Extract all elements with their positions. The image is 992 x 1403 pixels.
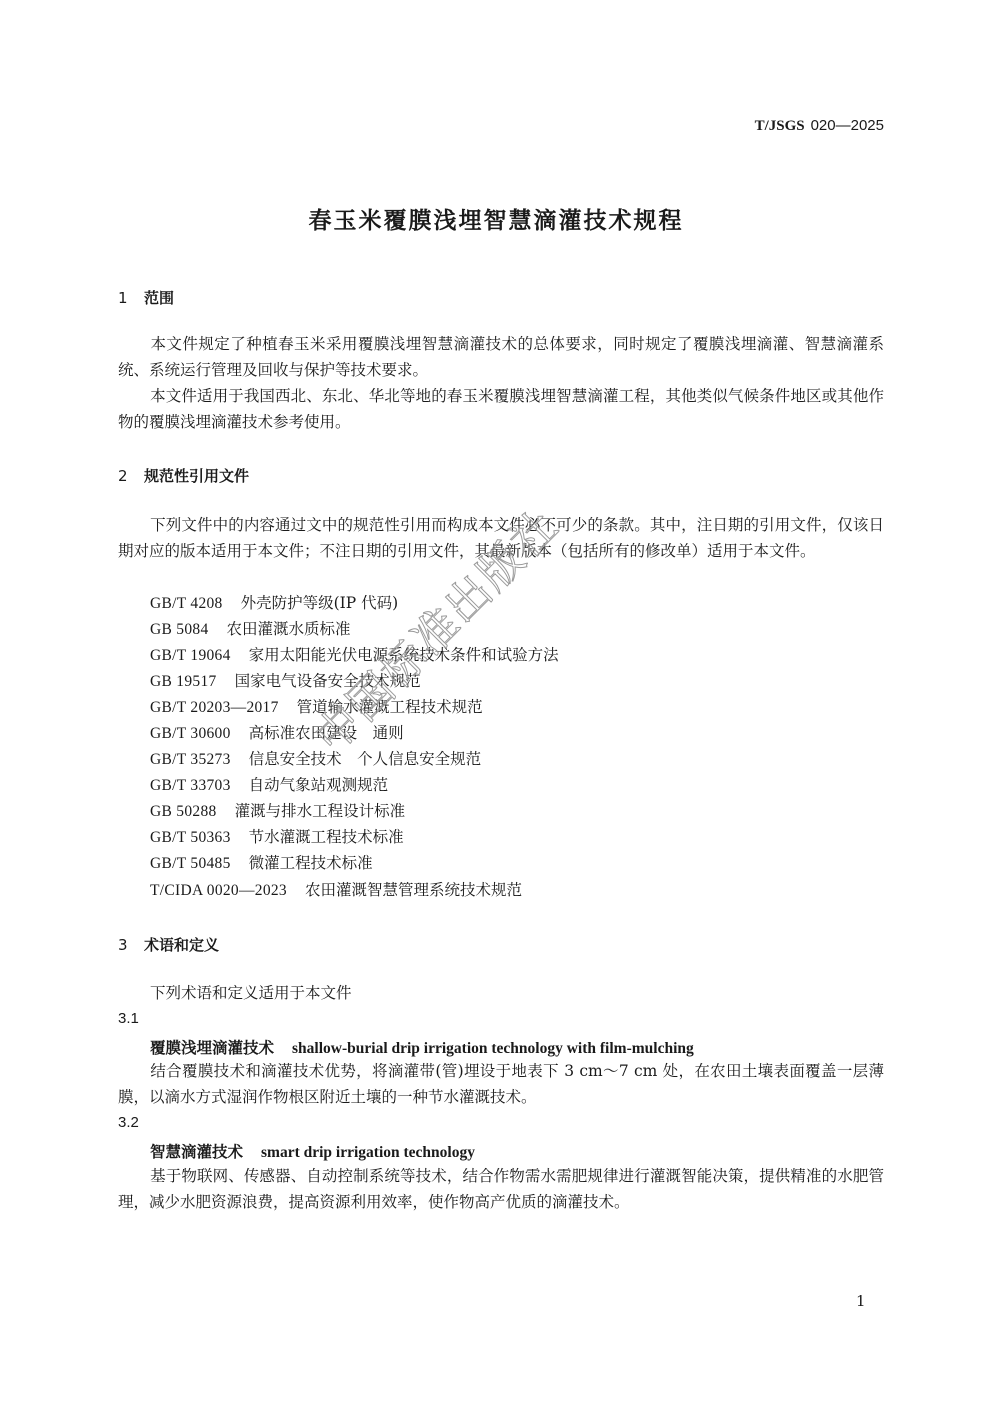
reference-name: 信息安全技术 个人信息安全规范 bbox=[249, 750, 482, 768]
paragraph: 下列术语和定义适用于本文件 bbox=[118, 980, 884, 1006]
term-zh: 智慧滴灌技术 bbox=[150, 1142, 243, 1161]
reference-code: GB/T 20203—2017 bbox=[150, 699, 279, 716]
page-number: 1 bbox=[856, 1292, 866, 1310]
reference-name: 节水灌溉工程技术标准 bbox=[249, 828, 404, 846]
paragraph-text: 结合覆膜技术和滴灌技术优势，将滴灌带(管)埋设于地表下 3 cm～7 cm 处，… bbox=[118, 1062, 884, 1106]
paragraph-text: 下列术语和定义适用于本文件 bbox=[150, 984, 352, 1002]
reference-code: GB/T 50363 bbox=[150, 829, 231, 846]
section-heading-normative-references: 2规范性引用文件 bbox=[118, 465, 249, 486]
reference-code: GB 5084 bbox=[150, 621, 209, 638]
reference-name: 微灌工程技术标准 bbox=[249, 854, 373, 872]
paragraph-text: 本文件适用于我国西北、东北、华北等地的春玉米覆膜浅埋智慧滴灌工程，其他类似气候条… bbox=[118, 387, 884, 431]
reference-name: 高标准农田建设 通则 bbox=[249, 724, 404, 742]
reference-code: GB/T 4208 bbox=[150, 595, 223, 612]
standard-code-number: 020—2025 bbox=[811, 117, 884, 134]
reference-item: GB/T 4208外壳防护等级(IP 代码) bbox=[150, 590, 398, 617]
section-heading-scope: 1范围 bbox=[118, 287, 174, 308]
reference-code: GB/T 19064 bbox=[150, 647, 231, 664]
section-number: 2 bbox=[118, 467, 144, 485]
reference-code: GB/T 50485 bbox=[150, 855, 231, 872]
paragraph: 本文件规定了种植春玉米采用覆膜浅埋智慧滴灌技术的总体要求，同时规定了覆膜浅埋滴灌… bbox=[118, 331, 884, 383]
reference-item: GB/T 33703自动气象站观测规范 bbox=[150, 772, 388, 799]
reference-item: GB/T 50363节水灌溉工程技术标准 bbox=[150, 824, 404, 851]
reference-code: GB/T 33703 bbox=[150, 777, 231, 794]
section-title: 范围 bbox=[144, 289, 174, 307]
paragraph: 本文件适用于我国西北、东北、华北等地的春玉米覆膜浅埋智慧滴灌工程，其他类似气候条… bbox=[118, 383, 884, 435]
reference-name: 自动气象站观测规范 bbox=[249, 776, 389, 794]
term-number: 3.2 bbox=[118, 1114, 139, 1131]
term-number: 3.1 bbox=[118, 1010, 139, 1027]
reference-name: 管道输水灌溉工程技术规范 bbox=[297, 698, 483, 716]
section-number: 3 bbox=[118, 936, 144, 954]
term-zh: 覆膜浅埋滴灌技术 bbox=[150, 1038, 274, 1057]
document-page: T/JSGS020—2025 春玉米覆膜浅埋智慧滴灌技术规程 1范围 本文件规定… bbox=[0, 0, 992, 1403]
section-number: 1 bbox=[118, 289, 144, 307]
reference-code: GB/T 30600 bbox=[150, 725, 231, 742]
reference-item: GB/T 35273信息安全技术 个人信息安全规范 bbox=[150, 746, 481, 773]
paragraph: 下列文件中的内容通过文中的规范性引用而构成本文件必不可少的条款。其中，注日期的引… bbox=[118, 512, 884, 564]
term-title: 覆膜浅埋滴灌技术shallow-burial drip irrigation t… bbox=[150, 1036, 694, 1058]
reference-name: 外壳防护等级(IP 代码) bbox=[241, 594, 399, 612]
reference-code: GB/T 35273 bbox=[150, 751, 231, 768]
reference-item: GB/T 20203—2017管道输水灌溉工程技术规范 bbox=[150, 694, 483, 721]
reference-name: 国家电气设备安全技术规范 bbox=[235, 672, 421, 690]
reference-code: GB 19517 bbox=[150, 673, 217, 690]
section-heading-terms-and-definitions: 3术语和定义 bbox=[118, 934, 219, 955]
reference-item: GB 50288灌溉与排水工程设计标准 bbox=[150, 798, 405, 825]
paragraph-text: 本文件规定了种植春玉米采用覆膜浅埋智慧滴灌技术的总体要求，同时规定了覆膜浅埋滴灌… bbox=[118, 335, 884, 379]
document-title: 春玉米覆膜浅埋智慧滴灌技术规程 bbox=[0, 202, 992, 235]
standard-code: T/JSGS020—2025 bbox=[755, 117, 884, 135]
reference-item: GB/T 30600高标准农田建设 通则 bbox=[150, 720, 404, 747]
section-title: 术语和定义 bbox=[144, 936, 219, 954]
term-en: shallow-burial drip irrigation technolog… bbox=[292, 1040, 694, 1057]
reference-item: T/CIDA 0020—2023农田灌溉智慧管理系统技术规范 bbox=[150, 877, 522, 904]
reference-name: 农田灌溉水质标准 bbox=[227, 620, 351, 638]
section-title: 规范性引用文件 bbox=[144, 467, 249, 485]
reference-name: 灌溉与排水工程设计标准 bbox=[235, 802, 406, 820]
reference-code: T/CIDA 0020—2023 bbox=[150, 882, 287, 899]
paragraph-text: 基于物联网、传感器、自动控制系统等技术，结合作物需水需肥规律进行灌溉智能决策，提… bbox=[118, 1167, 884, 1211]
term-definition: 基于物联网、传感器、自动控制系统等技术，结合作物需水需肥规律进行灌溉智能决策，提… bbox=[118, 1163, 884, 1215]
reference-item: GB/T 19064家用太阳能光伏电源系统技术条件和试验方法 bbox=[150, 642, 559, 669]
reference-name: 家用太阳能光伏电源系统技术条件和试验方法 bbox=[249, 646, 559, 664]
reference-code: GB 50288 bbox=[150, 803, 217, 820]
reference-name: 农田灌溉智慧管理系统技术规范 bbox=[305, 881, 522, 899]
term-title: 智慧滴灌技术smart drip irrigation technology bbox=[150, 1140, 475, 1162]
reference-item: GB 19517国家电气设备安全技术规范 bbox=[150, 668, 421, 695]
paragraph-text: 下列文件中的内容通过文中的规范性引用而构成本文件必不可少的条款。其中，注日期的引… bbox=[118, 516, 884, 560]
term-en: smart drip irrigation technology bbox=[261, 1144, 475, 1161]
reference-item: GB 5084农田灌溉水质标准 bbox=[150, 616, 351, 643]
term-definition: 结合覆膜技术和滴灌技术优势，将滴灌带(管)埋设于地表下 3 cm～7 cm 处，… bbox=[118, 1058, 884, 1110]
reference-item: GB/T 50485微灌工程技术标准 bbox=[150, 850, 373, 877]
standard-code-prefix: T/JSGS bbox=[755, 118, 805, 134]
